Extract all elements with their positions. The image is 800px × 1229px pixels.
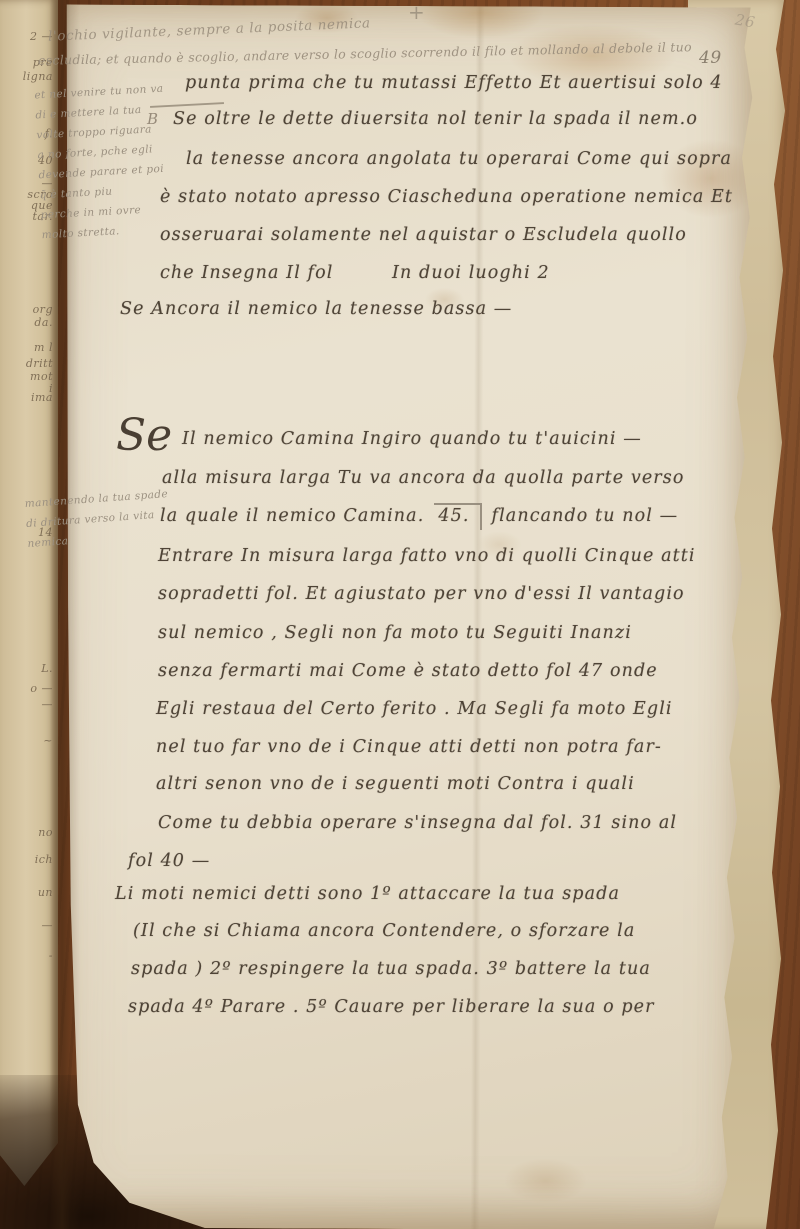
ink-text-line: Il nemico Camina Ingiro quando tu t'auic… <box>182 428 642 451</box>
ink-text-segment: flancando tu nol — <box>492 505 679 528</box>
ink-text-line: Se Ancora il nemico la tenesse bassa — <box>120 298 512 321</box>
ink-text-line: è stato notato apresso Ciascheduna opera… <box>160 186 733 209</box>
ink-text-line: In duoi luoghi 2 <box>392 262 550 285</box>
ink-text-line: che Insegna Il fol <box>160 262 333 285</box>
ink-text-line: altri senon vno de i seguenti moti Contr… <box>156 773 635 796</box>
ink-text-line: spada 4º Parare . 5º Cauare per liberare… <box>128 996 655 1019</box>
ink-text-line: fol 40 — <box>128 850 210 873</box>
ink-text-line: alla misura larga Tu va ancora da quolla… <box>162 467 685 490</box>
ink-text-line: (Il che si Chiama ancora Contendere, o s… <box>133 920 635 943</box>
ink-text-line-with-folio-box: la quale il nemico Camina. 45. flancando… <box>160 503 678 530</box>
ink-text-line: la tenesse ancora angolata tu operarai C… <box>186 148 732 171</box>
ink-text-segment: la quale il nemico Camina. <box>160 505 424 528</box>
ink-text-line: Se oltre le dette diuersita nol tenir la… <box>173 108 698 131</box>
ink-text-line: osseruarai solamente nel aquistar o Escl… <box>160 224 687 247</box>
ink-text-line: senza fermarti mai Come è stato detto fo… <box>158 660 658 683</box>
ink-text-line: nel tuo far vno de i Cinque atti detti n… <box>156 736 662 759</box>
boxed-folio-reference-45: 45. <box>434 503 481 530</box>
big-initial: Se <box>116 414 172 458</box>
ink-text-line: Entrare In misura larga fatto vno di quo… <box>158 545 696 568</box>
pencil-cross-mark: + <box>408 0 425 24</box>
folio-number-faint: 26 <box>734 11 757 32</box>
ink-text-line: Come tu debbia operare s'insegna dal fol… <box>158 812 677 835</box>
pencil-annotation-line: escludila; et quando è scoglio, andare v… <box>38 39 692 68</box>
ink-text-line: sopradetti fol. Et agiustato per vno d'e… <box>158 583 685 606</box>
ink-text-line: Li moti nemici detti sono 1º attaccare l… <box>115 883 620 906</box>
pencil-letter-mark: B <box>147 110 159 128</box>
ink-text-line: Egli restaua del Certo ferito . Ma Segli… <box>156 698 673 721</box>
margin-note-upper: et nel venire tu non va di e mettere la … <box>34 79 171 246</box>
folio-number: 49 <box>699 48 722 68</box>
ink-text-line: spada ) 2º respingere la tua spada. 3º b… <box>131 958 651 981</box>
ink-text-line: punta prima che tu mutassi Effetto Et au… <box>185 72 723 95</box>
pencil-annotation-line: l'ochio vigilante, sempre a la posita ne… <box>48 15 371 45</box>
ink-text-line: sul nemico , Segli non fa moto tu Seguit… <box>158 622 632 645</box>
text-layer: + l'ochio vigilante, sempre a la posita … <box>0 0 800 1229</box>
margin-note-middle: mantenendo la tua spade di dritura verso… <box>24 484 171 554</box>
